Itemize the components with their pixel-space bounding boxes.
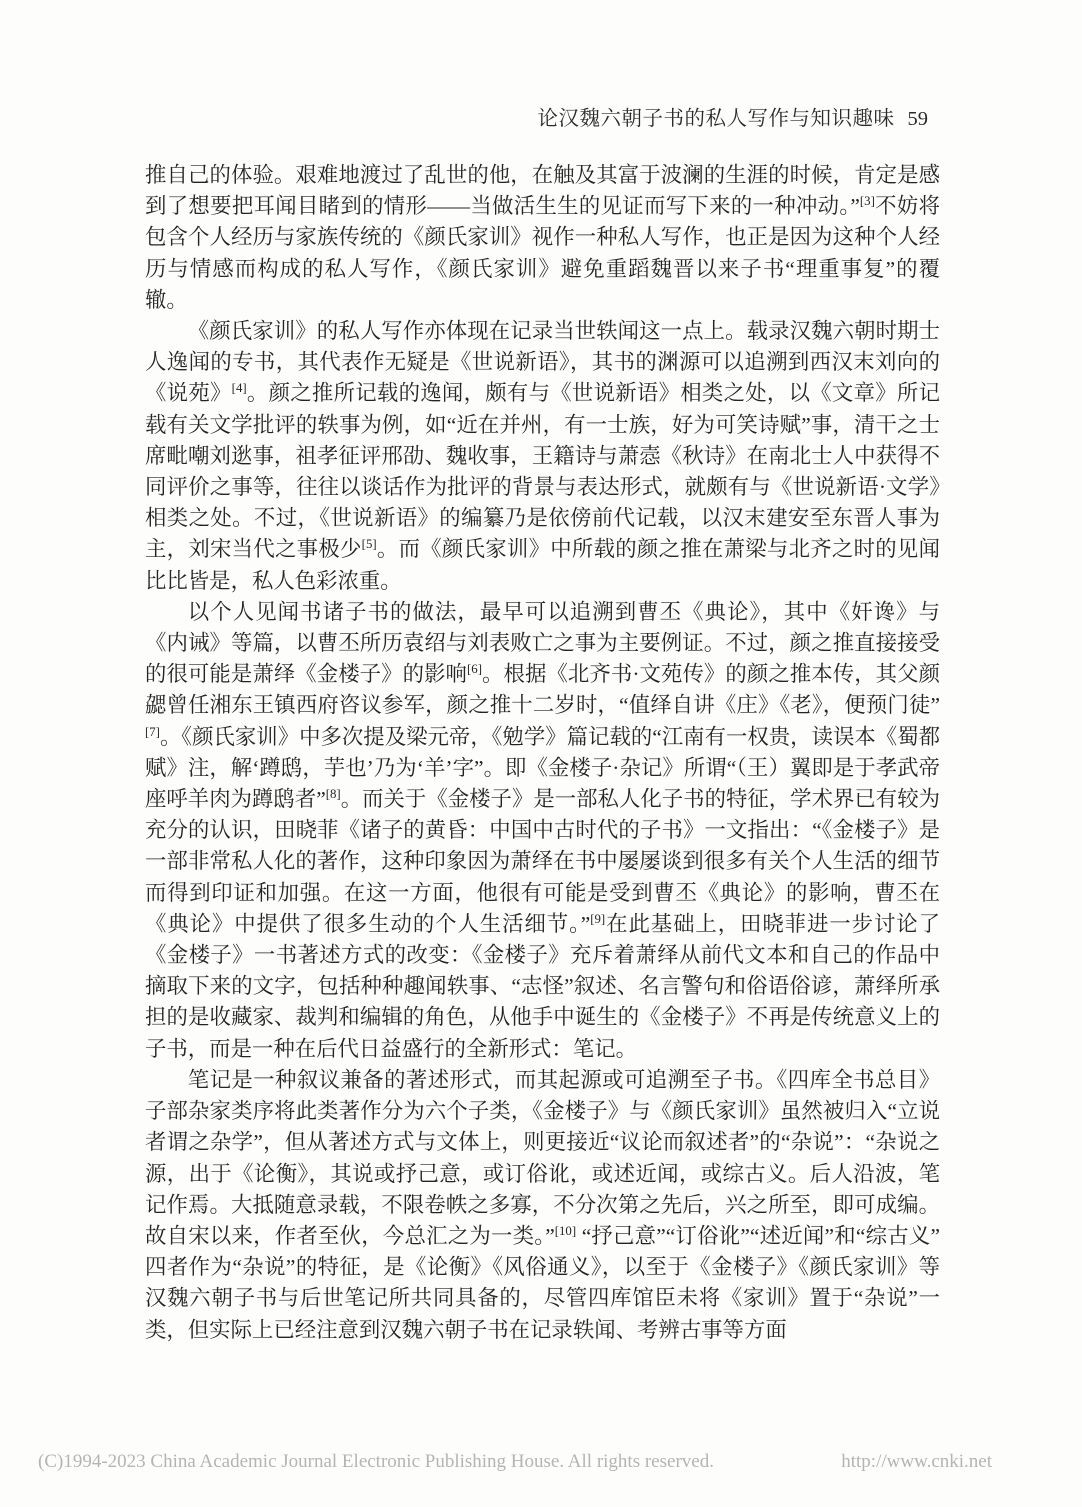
- header-page-number: 59: [908, 108, 929, 130]
- footer-url: http://www.cnki.net: [841, 1449, 992, 1475]
- paragraph: 笔记是一种叙议兼备的著述形式，而其起源或可追溯至子书。《四库全书总目》子部杂家类…: [145, 1065, 940, 1346]
- footer-copyright: (C)1994-2023 China Academic Journal Elec…: [38, 1449, 714, 1475]
- running-header: 论汉魏六朝子书的私人写作与知识趣味59: [145, 106, 940, 133]
- footer: (C)1994-2023 China Academic Journal Elec…: [38, 1449, 992, 1475]
- article-body: 推自己的体验。艰难地渡过了乱世的他，在触及其富于波澜的生涯的时候，肯定是感到了想…: [145, 160, 940, 1346]
- header-title: 论汉魏六朝子书的私人写作与知识趣味: [538, 108, 895, 130]
- paragraph: 《颜氏家训》的私人写作亦体现在记录当世轶闻这一点上。载录汉魏六朝时期士人逸闻的专…: [145, 316, 940, 597]
- paragraph: 以个人见闻书诸子书的做法，最早可以追溯到曹丕《典论》，其中《奸谗》与《内诫》等篇…: [145, 597, 940, 1065]
- paragraph: 推自己的体验。艰难地渡过了乱世的他，在触及其富于波澜的生涯的时候，肯定是感到了想…: [145, 160, 940, 316]
- document-page: 论汉魏六朝子书的私人写作与知识趣味59 推自己的体验。艰难地渡过了乱世的他，在触…: [0, 0, 1082, 1507]
